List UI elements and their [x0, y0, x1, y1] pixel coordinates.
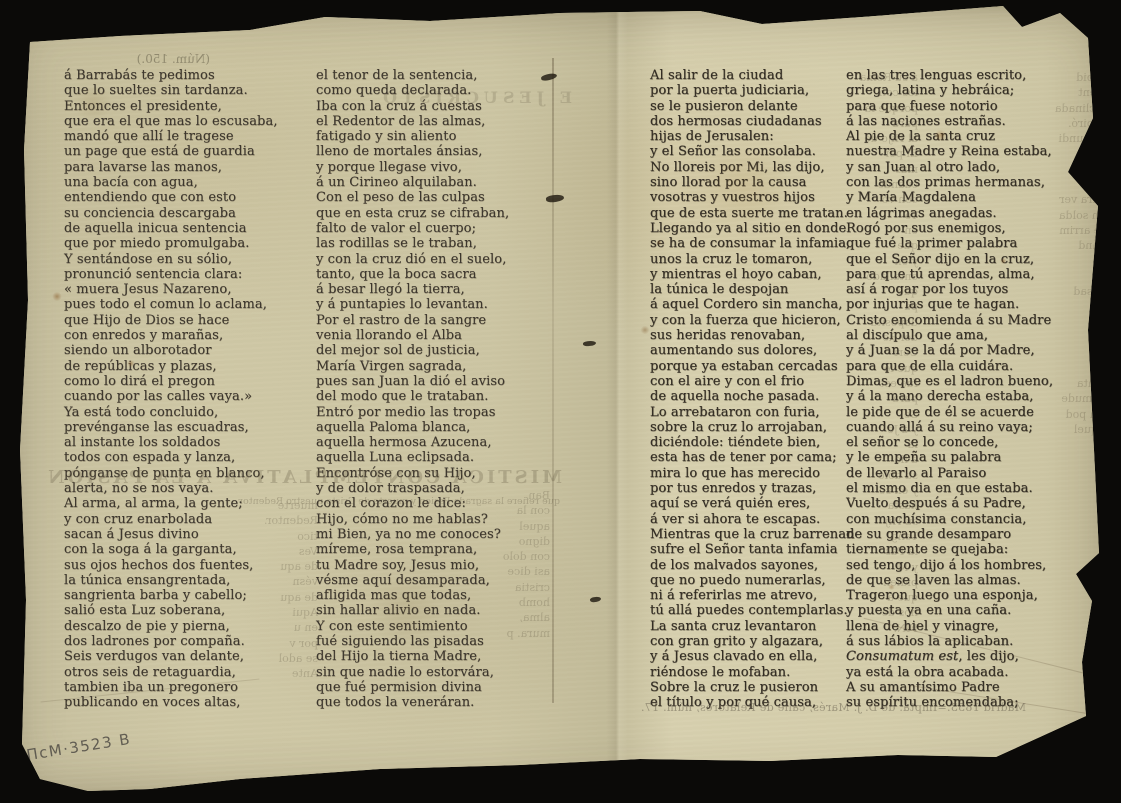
- verse-line: sufre el Señor tanta infamia: [650, 542, 906, 557]
- ghost-line: á su Reina: [818, 70, 918, 85]
- verse-line: riéndose le mofaban.: [650, 665, 906, 680]
- verse-line: le pide que de él se acuerde: [846, 405, 1102, 420]
- verse-line: dos hermosas ciudadanas: [650, 114, 906, 129]
- verse-line: y porque llegase vivo,: [316, 160, 572, 175]
- verse-line: su espíritu encomendaba;: [846, 695, 1102, 710]
- ghost-line: su dolo: [818, 468, 918, 483]
- ghost-line: homb: [462, 595, 550, 610]
- ghost-line: aquel: [462, 519, 550, 534]
- verse-line: descalzo de pie y pierna,: [64, 619, 320, 634]
- verse-line: Entonces el presidente,: [64, 99, 320, 114]
- verse-line: todos con espada y lanza,: [64, 450, 320, 465]
- ghost-page-number: (Núm. 150.): [90, 52, 210, 67]
- ghost-line: pidien: [818, 575, 918, 590]
- verse-line: de aquella noche pasada.: [650, 389, 906, 404]
- verse-line: A su amantísimo Padre: [846, 680, 1102, 695]
- verse-line: ni á referirlas me atrevo,: [650, 588, 906, 603]
- verse-line: para que fuese notorio: [846, 99, 1102, 114]
- verse-line: y con cruz enarbolada: [64, 512, 320, 527]
- verse-column-2: el tenor de la sentencia,como queda decl…: [316, 68, 572, 710]
- ghost-line: que: [818, 284, 918, 299]
- verse-line: con la soga á la garganta,: [64, 542, 320, 557]
- verse-line: fué siguiendo las pisadas: [316, 634, 572, 649]
- verse-line: que el Señor dijo en la cruz,: [846, 252, 1102, 267]
- verse-line: Cristo encomienda á su Madre: [846, 313, 1102, 328]
- ghost-line: que: [818, 238, 918, 253]
- ghost-line: y ent: [1046, 85, 1106, 100]
- verse-line: y á Juan se la dá por Madre,: [846, 343, 1102, 358]
- ghost-line: espiró.: [1046, 116, 1106, 131]
- verse-line: y de dolor traspasada,: [316, 481, 572, 496]
- verse-line: prevénganse las escuadras,: [64, 420, 320, 435]
- verse-line: á sus lábios la aplicaban.: [846, 634, 1102, 649]
- ghost-line: en: [818, 223, 918, 238]
- ghost-line: que le: [818, 361, 918, 376]
- fold-crease: [552, 58, 554, 703]
- verse-line: esta has de tener por cama;: [650, 450, 906, 465]
- verse-column-3: Al salir de la ciudadpor la puerta judic…: [650, 68, 906, 710]
- ghost-line: se adol: [240, 651, 318, 666]
- ghost-line: Aqui: [240, 605, 318, 620]
- verse-line: que no puedo numerarlas,: [650, 573, 906, 588]
- verse-line: por la puerta judiciaria,: [650, 83, 906, 98]
- ghost-line: sin pod: [1046, 407, 1106, 422]
- verse-line: que de esta suerte me tratan.: [650, 206, 906, 221]
- verse-line: venia llorando el Alba: [316, 328, 572, 343]
- stitch-mark: [590, 596, 602, 603]
- verse-line: sacan á Jesus divino: [64, 527, 320, 542]
- verse-line: el Redentor de las almas,: [316, 114, 572, 129]
- verse-line: Consumatum est, les dijo,: [846, 649, 1102, 664]
- verse-line: entendiendo que con esto: [64, 190, 320, 205]
- verse-line: vosotras y vuestros hijos: [650, 190, 906, 205]
- handwritten-catalog-mark: ПcM·3523 B: [25, 730, 132, 764]
- verse-line: Seis verdugos van delante,: [64, 649, 320, 664]
- verse-line: la túnica ensangrentada,: [64, 573, 320, 588]
- verse-line: al discípulo que ama,: [846, 328, 1102, 343]
- verse-line: aquella Paloma blanca,: [316, 420, 572, 435]
- verse-line: míreme, rosa temprana,: [316, 542, 572, 557]
- ghost-line: la: [818, 437, 918, 452]
- ghost-line: muerte: [240, 498, 318, 513]
- verse-line: y le empeña su palabra: [846, 450, 1102, 465]
- verse-line: y á puntapies lo levantan.: [316, 297, 572, 312]
- ghost-line: les con: [818, 85, 918, 100]
- ghost-line: cristia: [462, 580, 550, 595]
- verse-line: en las tres lenguas escrito,: [846, 68, 1102, 83]
- verse-line: sino llorad por la causa: [650, 175, 906, 190]
- verse-line: las rodillas se le traban,: [316, 236, 572, 251]
- verse-line: y puesta ya en una caña.: [846, 603, 1102, 618]
- verse-line: afligida mas que todas,: [316, 588, 572, 603]
- verse-line: de los malvados sayones,: [650, 558, 906, 573]
- verse-line: con el aire y con el frio: [650, 374, 906, 389]
- verse-line: falto de valor el cuerpo;: [316, 221, 572, 236]
- ghost-line: con dolo: [462, 549, 550, 564]
- stitch-mark: [546, 194, 565, 203]
- ghost-line: de: [1046, 361, 1106, 376]
- verse-line: pónganse de punta en blanco,: [64, 466, 320, 481]
- verse-line: porque ya estaban cercadas: [650, 359, 906, 374]
- verse-line: que Hijo de Dios se hace: [64, 313, 320, 328]
- verse-line: y á Jesus clavado en ella,: [650, 649, 906, 664]
- foxing-stain: [934, 130, 947, 141]
- verse-line: hijas de Jerusalen:: [650, 129, 906, 144]
- verse-line: María Virgen sagrada,: [316, 359, 572, 374]
- verse-line: sed tengo, dijo á los hombres,: [846, 558, 1102, 573]
- ghost-line: asi: [1046, 299, 1106, 314]
- ghost-line: tico: [240, 529, 318, 544]
- verse-line: salió esta Luz soberana,: [64, 603, 320, 618]
- ghost-line: Teng: [818, 529, 918, 544]
- verse-line: tiernamente se quejaba:: [846, 542, 1102, 557]
- verse-line: una bacía con agua,: [64, 175, 320, 190]
- verse-line: Vuelto después á su Padre,: [846, 496, 1102, 511]
- verse-line: por tus enredos y trazas,: [650, 481, 906, 496]
- verse-line: y á la mano derecha estaba,: [846, 389, 1102, 404]
- verse-line: á las naciones estrañas.: [846, 114, 1102, 129]
- verse-line: mandó que allí le tragese: [64, 129, 320, 144]
- verse-line: mira lo que has merecido: [650, 466, 906, 481]
- ghost-line: Se: [818, 407, 918, 422]
- verse-line: Al salir de la ciudad: [650, 68, 906, 83]
- ghost-line: entallado: [818, 269, 918, 284]
- verse-line: de repúblicas y plazas,: [64, 359, 320, 374]
- verse-line: de aquella inicua sentencia: [64, 221, 320, 236]
- verse-line: pues san Juan la dió el aviso: [316, 374, 572, 389]
- ghost-line: asi dice: [462, 564, 550, 579]
- center-fold-shading: [606, 12, 628, 760]
- ghost-line: Ban: [462, 488, 550, 503]
- verse-line: á ver si ahora te escapas.: [650, 512, 906, 527]
- ghost-line: para: [818, 116, 918, 131]
- ghost-line: El per: [818, 146, 918, 161]
- verse-line: del Hijo la tierna Madre,: [316, 649, 572, 664]
- ghost-line: con vo: [818, 192, 918, 207]
- ghost-line: porque la: [818, 101, 918, 116]
- verse-line: vésme aquí desamparada,: [316, 573, 572, 588]
- foxing-stain: [690, 150, 800, 220]
- verse-line: pronunció sentencia clara:: [64, 267, 320, 282]
- verse-line: Rogó por sus enemigos,: [846, 221, 1102, 236]
- ghost-line: con la: [462, 503, 550, 518]
- verse-line: Por el rastro de la sangre: [316, 313, 572, 328]
- ghost-fragments-b: á su Reinales conporque laparaal Hijo de…: [818, 70, 918, 636]
- verse-line: Y con este sentimiento: [316, 619, 572, 634]
- verse-line: que fué permision divina: [316, 680, 572, 695]
- ghost-line: Ante: [240, 666, 318, 681]
- ghost-line: Te: [818, 208, 918, 223]
- ghost-line: y á Je: [818, 422, 918, 437]
- ghost-line: mas: [818, 162, 918, 177]
- verse-line: Encontróse con su Hijo,: [316, 466, 572, 481]
- foxing-stain: [656, 240, 662, 245]
- ghost-line: la Pas: [818, 544, 918, 559]
- ghost-line: espid: [1046, 70, 1106, 85]
- ghost-mid-title: MISTICA CONTEMPLATIVA A LA PASION: [92, 470, 562, 485]
- verse-line: un page que está de guardia: [64, 144, 320, 159]
- verse-line: Trageron luego una esponja,: [846, 588, 1102, 603]
- verse-line: que lo sueltes sin tardanza.: [64, 83, 320, 98]
- ghost-line: mura. p: [462, 626, 550, 641]
- verse-line: en lágrimas anegadas.: [846, 206, 1102, 221]
- verse-line: tu Madre soy, Jesus mio,: [316, 558, 572, 573]
- ghost-line: inclinada: [1046, 101, 1106, 116]
- stitch-mark: [541, 72, 558, 82]
- crease-line: [864, 618, 1107, 679]
- ghost-line: deposita: [818, 315, 918, 330]
- ghost-line: ya: [1046, 437, 1106, 452]
- ghost-fragments-m: Bancon laaqueldignocon doloasi dicecrist…: [462, 488, 550, 641]
- verse-line: alerta, no se nos vaya.: [64, 481, 320, 496]
- verse-line: se le pusieron delante: [650, 99, 906, 114]
- verse-line: fatigado y sin aliento: [316, 129, 572, 144]
- ghost-line: lo: [1046, 146, 1106, 161]
- ghost-line: digno: [462, 534, 550, 549]
- verse-column-1: á Barrabás te pedimosque lo sueltes sin …: [64, 68, 320, 710]
- ghost-line: se arrim: [1046, 223, 1106, 238]
- verse-line: La santa cruz levantaron: [650, 619, 906, 634]
- verse-line: á un Cirineo alquilaban.: [316, 175, 572, 190]
- verse-line: con gran grito y algazara,: [650, 634, 906, 649]
- verse-line: que todos la veneráran.: [316, 695, 572, 710]
- verse-line: para que tú aprendas, alma,: [846, 267, 1102, 282]
- verse-line: por injurias que te hagan.: [846, 297, 1102, 312]
- verse-line: del mejor sol de justicia,: [316, 343, 572, 358]
- ghost-line: Pasad: [1046, 284, 1106, 299]
- verse-line: dos ladrones por compaña.: [64, 634, 320, 649]
- verse-line: Mientras que la cruz barrenan: [650, 527, 906, 542]
- foxing-stain: [127, 360, 135, 367]
- verse-line: con el corazon le dice:: [316, 496, 572, 511]
- broadside-page: (Núm. 150.) E JESUCRISTO á Barrabás te p…: [0, 0, 1121, 803]
- ghost-line: me: [1046, 330, 1106, 345]
- verse-line: Hijo, cómo no me hablas?: [316, 512, 572, 527]
- ghost-line: pa: [818, 299, 918, 314]
- verse-line: la túnica le despojan: [650, 282, 906, 297]
- verse-line: diciéndole: tiéndete bien,: [650, 435, 906, 450]
- verse-line: Llegando ya al sitio en donde: [650, 221, 906, 236]
- foxing-stain: [640, 326, 650, 334]
- verse-line: siendo un alborotador: [64, 343, 320, 358]
- ghost-line: al Hijo de: [818, 131, 918, 146]
- ghost-top-title: E JESUCRISTO: [232, 90, 572, 105]
- verse-line: ya está la obra acabada.: [846, 665, 1102, 680]
- ghost-line: del Re: [818, 330, 918, 345]
- verse-line: se ha de consumar la infamia,: [650, 236, 906, 251]
- verse-line: aquella Luna eclipsada.: [316, 450, 572, 465]
- verse-line: tú allá puedes contemplarlas.: [650, 603, 906, 618]
- verse-line: publicando en voces altas,: [64, 695, 320, 710]
- verse-line: aquí se verá quién eres,: [650, 496, 906, 511]
- ghost-line: Ves: [240, 544, 318, 559]
- verse-line: cuando allá á su reino vaya;: [846, 420, 1102, 435]
- ghost-line: y M: [818, 560, 918, 575]
- verse-line: Y sentándose en su sólio,: [64, 252, 320, 267]
- verse-line: el título y por qué causa,: [650, 695, 906, 710]
- ghost-line: que á: [818, 590, 918, 605]
- verse-line: sin que nadie lo estorvára,: [316, 665, 572, 680]
- verse-line: Ya está todo concluido,: [64, 405, 320, 420]
- ghost-mid-subtitle: que refiere la sagrada Pasion y muerte d…: [130, 494, 560, 509]
- verse-column-4: en las tres lenguas escrito,griega, lati…: [846, 68, 1102, 710]
- verse-line: Entró por medio las tropas: [316, 405, 572, 420]
- photo-background: (Núm. 150.) E JESUCRISTO á Barrabás te p…: [0, 0, 1121, 803]
- verse-line: el mismo dia en que estaba.: [846, 481, 1102, 496]
- ghost-line: no: [1046, 345, 1106, 360]
- ghost-line: dánd: [1046, 238, 1106, 253]
- ghost-line: de aqu: [240, 559, 318, 574]
- verse-line: Al pie de la santa cruz: [846, 129, 1102, 144]
- verse-line: con las dos primas hermanas,: [846, 175, 1102, 190]
- ghost-line: un solda: [1046, 208, 1106, 223]
- verse-line: Dimas, que es el ladron bueno,: [846, 374, 1102, 389]
- verse-line: « muera Jesus Nazareno,: [64, 282, 320, 297]
- verse-line: á aquel Cordero sin mancha,: [650, 297, 906, 312]
- ghost-line: qu: [1046, 177, 1106, 192]
- verse-line: y el Señor las consolaba.: [650, 144, 906, 159]
- ghost-line: Cerr: [818, 345, 918, 360]
- ghost-line: el: [1046, 315, 1106, 330]
- verse-line: llena de hiel y vinagre,: [846, 619, 1102, 634]
- verse-line: al instante los soldados: [64, 435, 320, 450]
- verse-line: tanto, que la boca sacra: [316, 267, 572, 282]
- ghost-line: el: [1046, 254, 1106, 269]
- ghost-line: por v: [240, 636, 318, 651]
- verse-line: para que de ella cuidára.: [846, 359, 1102, 374]
- verse-line: del modo que le trataban.: [316, 389, 572, 404]
- verse-line: Iba con la cruz á cuestas: [316, 99, 572, 114]
- verse-line: y san Juan al otro lado,: [846, 160, 1102, 175]
- verse-line: griega, latina y hebráica;: [846, 83, 1102, 98]
- foxing-stain: [360, 580, 450, 640]
- verse-line: que por miedo promulgaba.: [64, 236, 320, 251]
- ghost-line: sol y l: [1046, 162, 1106, 177]
- verse-line: sangrienta barba y cabello;: [64, 588, 320, 603]
- verse-line: cuando por las calles vaya.»: [64, 389, 320, 404]
- verse-line: sus heridas renovaban,: [650, 328, 906, 343]
- ghost-line: enmude: [1046, 391, 1106, 406]
- ghost-line: para: [818, 391, 918, 406]
- ghost-line: hasta: [818, 498, 918, 513]
- verse-line: á besar llegó la tierra,: [316, 282, 572, 297]
- ghost-line: y: [1046, 269, 1106, 284]
- verse-line: tambien iba un pregonero: [64, 680, 320, 695]
- verse-line: como lo dirá el pregon: [64, 374, 320, 389]
- ghost-line: su Hij: [818, 514, 918, 529]
- ghost-line: FIN.: [818, 621, 918, 636]
- ghost-line: y en so: [818, 483, 918, 498]
- verse-line: lleno de mortales ánsias,: [316, 144, 572, 159]
- verse-line: que era el que mas lo escusaba,: [64, 114, 320, 129]
- verse-line: otros seis de retaguardia,: [64, 665, 320, 680]
- verse-line: y mientras el hoyo caban,: [650, 267, 906, 282]
- ghost-line: Aquel: [1046, 422, 1106, 437]
- ghost-fragments-a: muerteRedentor.ticoVesde aquvésnde aquAq…: [240, 498, 318, 682]
- ghost-line: fue est: [818, 376, 918, 391]
- foxing-stain: [70, 88, 116, 118]
- verse-line: y con la fuerza que hicieron,: [650, 313, 906, 328]
- ghost-imprint-line: Madrid 1853.=Impta. de D. J. Marés, call…: [598, 700, 1026, 715]
- verse-line: mi Bien, ya no me conoces?: [316, 527, 572, 542]
- verse-line: aquella hermosa Azucena,: [316, 435, 572, 450]
- verse-line: sus ojos hechos dos fuentes,: [64, 558, 320, 573]
- verse-line: que en esta cruz se cifraban,: [316, 206, 572, 221]
- verse-line: sobre la cruz lo arrojaban,: [650, 420, 906, 435]
- crease-line: [41, 679, 260, 703]
- verse-line: el tenor de la sentencia,: [316, 68, 572, 83]
- ghost-line: Redentor.: [240, 513, 318, 528]
- foxing-stain: [52, 292, 62, 301]
- verse-line: Con el peso de las culpas: [316, 190, 572, 205]
- verse-line: nuestra Madre y Reina estaba,: [846, 144, 1102, 159]
- ghost-line: Para ver: [1046, 192, 1106, 207]
- foxing-stain: [888, 584, 895, 590]
- verse-line: su conciencia descargaba: [64, 206, 320, 221]
- verse-line: de su grande desamparo: [846, 527, 1102, 542]
- verse-line: de llevarlo al Paraiso: [846, 466, 1102, 481]
- stitch-mark: [583, 340, 596, 346]
- verse-line: aumentando sus dolores,: [650, 343, 906, 358]
- verse-line: No lloreis por Mi, las dijo,: [650, 160, 906, 175]
- ghost-line: de aqu: [240, 590, 318, 605]
- verse-line: y María Magdalena: [846, 190, 1102, 205]
- verse-line: Lo arrebataron con furia,: [650, 405, 906, 420]
- verse-line: pues todo el comun lo aclama,: [64, 297, 320, 312]
- verse-line: Al arma, al arma, la gente;: [64, 496, 320, 511]
- crease-line: [911, 685, 1099, 716]
- ghost-line: nos de: [818, 605, 918, 620]
- verse-line: con enredos y marañas,: [64, 328, 320, 343]
- verse-line: para lavarse las manos,: [64, 160, 320, 175]
- foxing-stain: [1000, 258, 1007, 264]
- verse-line: á Barrabás te pedimos: [64, 68, 320, 83]
- verse-line: y con la cruz dió en el suelo,: [316, 252, 572, 267]
- ghost-line: se hundi: [1046, 131, 1106, 146]
- verse-line: con muchísima constancia,: [846, 512, 1102, 527]
- verse-line: el señor se lo concede,: [846, 435, 1102, 450]
- verse-line: así á rogar por los tuyos: [846, 282, 1102, 297]
- ghost-line: en u: [240, 620, 318, 635]
- ghost-line: cuando: [818, 177, 918, 192]
- verse-line: sin hallar alivio en nada.: [316, 603, 572, 618]
- ghost-line: vésn: [240, 574, 318, 589]
- verse-line: unos la cruz le tomaron,: [650, 252, 906, 267]
- verse-line: que fué la primer palabra: [846, 236, 1102, 251]
- verse-line: de que se laven las almas.: [846, 573, 1102, 588]
- verse-line: Sobre la cruz le pusieron: [650, 680, 906, 695]
- ghost-line: y en: [818, 254, 918, 269]
- ghost-fragments-c: espidy entinclinadaespiró.se hundilosol …: [1046, 70, 1106, 452]
- ghost-line: tanta: [1046, 376, 1106, 391]
- ghost-line: alma,: [462, 610, 550, 625]
- ghost-line: á lio: [818, 452, 918, 467]
- verse-line: como queda declarada.: [316, 83, 572, 98]
